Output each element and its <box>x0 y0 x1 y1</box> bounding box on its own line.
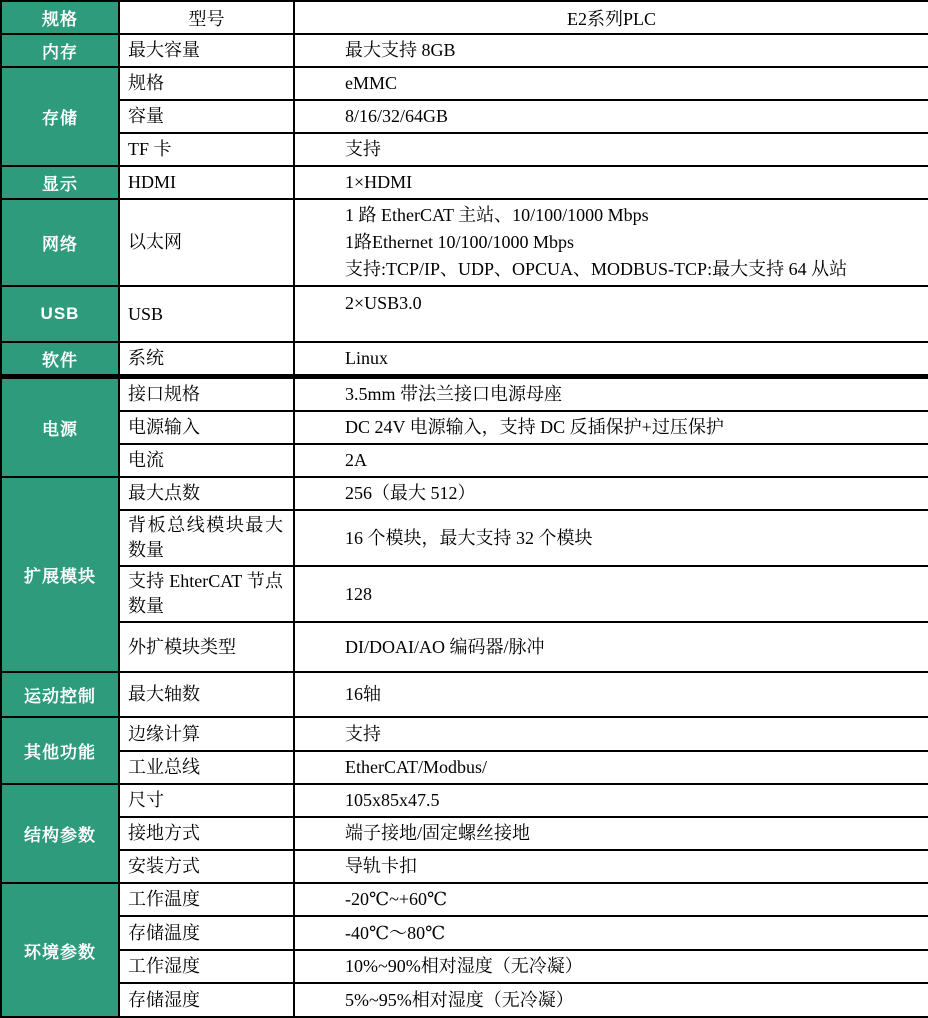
spec-row: 电流2A <box>1 444 928 477</box>
category-cell: 环境参数 <box>1 883 119 1017</box>
spec-row: 内存最大容量最大支持 8GB <box>1 34 928 67</box>
param-label-cell: 系统 <box>119 342 294 377</box>
param-label-cell: 以太网 <box>119 199 294 286</box>
spec-row: 存储温度-40℃～80℃ <box>1 916 928 950</box>
spec-row: 其他功能边缘计算支持 <box>1 717 928 751</box>
spec-row: 电源接口规格3.5mm 带法兰接口电源母座 <box>1 377 928 412</box>
spec-row: 电源输入DC 24V 电源输入，支持 DC 反插保护+过压保护 <box>1 411 928 444</box>
value-cell: 2×USB3.0 <box>294 286 928 342</box>
category-cell: 运动控制 <box>1 672 119 717</box>
value-cell: 3.5mm 带法兰接口电源母座 <box>294 377 928 412</box>
param-label-cell: 工作温度 <box>119 883 294 916</box>
value-cell: 128 <box>294 566 928 622</box>
category-cell: 电源 <box>1 377 119 478</box>
spec-row: 运动控制最大轴数16轴 <box>1 672 928 717</box>
value-line: 16轴 <box>345 681 924 708</box>
param-label-cell: 电源输入 <box>119 411 294 444</box>
value-line: 16 个模块，最大支持 32 个模块 <box>345 525 924 552</box>
param-label-cell: 规格 <box>119 67 294 100</box>
spec-row: 外扩模块类型DI/DOAI/AO 编码器/脉冲 <box>1 622 928 672</box>
value-cell: 1 路 EtherCAT 主站、10/100/1000 Mbps1路Ethern… <box>294 199 928 286</box>
value-line: 3.5mm 带法兰接口电源母座 <box>345 381 924 408</box>
category-cell: 显示 <box>1 166 119 199</box>
value-line: eMMC <box>345 70 924 97</box>
param-label-cell: 存储温度 <box>119 916 294 950</box>
value-line: 2A <box>345 447 924 474</box>
spec-row: 存储湿度5%~95%相对湿度（无冷凝） <box>1 983 928 1017</box>
param-label-cell: HDMI <box>119 166 294 199</box>
value-cell: 16轴 <box>294 672 928 717</box>
spec-row: 显示HDMI1×HDMI <box>1 166 928 199</box>
value-cell: eMMC <box>294 67 928 100</box>
param-label-cell: TF 卡 <box>119 133 294 166</box>
value-line: 10%~90%相对湿度（无冷凝） <box>345 953 924 980</box>
value-line: EtherCAT/Modbus/ <box>345 754 924 781</box>
param-label-cell: 接口规格 <box>119 377 294 412</box>
value-cell: 5%~95%相对湿度（无冷凝） <box>294 983 928 1017</box>
category-cell: USB <box>1 286 119 342</box>
value-line: -40℃～80℃ <box>345 920 924 947</box>
value-line: 2×USB3.0 <box>345 290 924 317</box>
value-cell: -40℃～80℃ <box>294 916 928 950</box>
category-cell: 存储 <box>1 67 119 166</box>
param-label-cell: 接地方式 <box>119 817 294 850</box>
spec-row: 存储规格eMMC <box>1 67 928 100</box>
param-label-cell: 容量 <box>119 100 294 133</box>
value-cell: 10%~90%相对湿度（无冷凝） <box>294 950 928 983</box>
value-line: 端子接地/固定螺丝接地 <box>345 820 924 847</box>
param-label-cell: 存储湿度 <box>119 983 294 1017</box>
spec-row: 工作湿度10%~90%相对湿度（无冷凝） <box>1 950 928 983</box>
spec-row: 工业总线EtherCAT/Modbus/ <box>1 751 928 784</box>
spec-row: 支持 EhterCAT 节点数量128 <box>1 566 928 622</box>
param-label-cell: 最大点数 <box>119 477 294 510</box>
value-cell: EtherCAT/Modbus/ <box>294 751 928 784</box>
value-cell: Linux <box>294 342 928 377</box>
value-line: 105x85x47.5 <box>345 787 924 814</box>
spec-row: 安装方式导轨卡扣 <box>1 850 928 883</box>
param-label-cell: 最大轴数 <box>119 672 294 717</box>
spec-table: 规格 型号 E2系列PLC 内存最大容量最大支持 8GB存储规格eMMC容量8/… <box>0 0 928 1018</box>
category-cell: 其他功能 <box>1 717 119 784</box>
spec-row: 软件系统Linux <box>1 342 928 377</box>
value-cell: 端子接地/固定螺丝接地 <box>294 817 928 850</box>
param-label-cell: 边缘计算 <box>119 717 294 751</box>
value-cell: 8/16/32/64GB <box>294 100 928 133</box>
param-label-cell: 最大容量 <box>119 34 294 67</box>
header-param-cell: 型号 <box>119 1 294 34</box>
header-category-cell: 规格 <box>1 1 119 34</box>
spec-row: TF 卡支持 <box>1 133 928 166</box>
value-cell: 导轨卡扣 <box>294 850 928 883</box>
value-cell: DI/DOAI/AO 编码器/脉冲 <box>294 622 928 672</box>
spec-row: USBUSB2×USB3.0 <box>1 286 928 342</box>
value-line: 导轨卡扣 <box>345 853 924 880</box>
spec-row: 网络以太网1 路 EtherCAT 主站、10/100/1000 Mbps1路E… <box>1 199 928 286</box>
value-line: 128 <box>345 581 924 608</box>
value-line: 支持 <box>345 136 924 163</box>
param-label-cell: USB <box>119 286 294 342</box>
spec-row: 扩展模块最大点数256（最大 512） <box>1 477 928 510</box>
value-cell: 256（最大 512） <box>294 477 928 510</box>
value-cell: 2A <box>294 444 928 477</box>
param-label-cell: 工作湿度 <box>119 950 294 983</box>
header-value-cell: E2系列PLC <box>294 1 928 34</box>
value-line: 最大支持 8GB <box>345 37 924 64</box>
value-line: 1×HDMI <box>345 169 924 196</box>
value-line: DC 24V 电源输入，支持 DC 反插保护+过压保护 <box>345 414 924 441</box>
value-line: 1 路 EtherCAT 主站、10/100/1000 Mbps <box>345 202 924 229</box>
param-label-cell: 支持 EhterCAT 节点数量 <box>119 566 294 622</box>
param-label-cell: 尺寸 <box>119 784 294 817</box>
spec-row: 接地方式端子接地/固定螺丝接地 <box>1 817 928 850</box>
value-line: 5%~95%相对湿度（无冷凝） <box>345 987 924 1014</box>
category-cell: 网络 <box>1 199 119 286</box>
param-label-cell: 工业总线 <box>119 751 294 784</box>
value-cell: 1×HDMI <box>294 166 928 199</box>
param-label-cell: 电流 <box>119 444 294 477</box>
header-row: 规格 型号 E2系列PLC <box>1 1 928 34</box>
value-line: 8/16/32/64GB <box>345 103 924 130</box>
value-line: DI/DOAI/AO 编码器/脉冲 <box>345 634 924 661</box>
value-cell: DC 24V 电源输入，支持 DC 反插保护+过压保护 <box>294 411 928 444</box>
spec-row: 容量8/16/32/64GB <box>1 100 928 133</box>
category-cell: 扩展模块 <box>1 477 119 672</box>
value-cell: 最大支持 8GB <box>294 34 928 67</box>
value-line: 支持 <box>345 721 924 748</box>
spec-row: 背板总线模块最大数量16 个模块，最大支持 32 个模块 <box>1 510 928 566</box>
value-cell: 支持 <box>294 717 928 751</box>
value-line: -20℃~+60℃ <box>345 886 924 913</box>
category-cell: 软件 <box>1 342 119 377</box>
value-cell: 支持 <box>294 133 928 166</box>
param-label-cell: 安装方式 <box>119 850 294 883</box>
spec-row: 结构参数尺寸105x85x47.5 <box>1 784 928 817</box>
value-line: 256（最大 512） <box>345 480 924 507</box>
category-cell: 结构参数 <box>1 784 119 883</box>
value-cell: 105x85x47.5 <box>294 784 928 817</box>
value-line: Linux <box>345 345 924 372</box>
value-line: 1路Ethernet 10/100/1000 Mbps <box>345 229 924 256</box>
param-label-cell: 外扩模块类型 <box>119 622 294 672</box>
spec-table-body: 内存最大容量最大支持 8GB存储规格eMMC容量8/16/32/64GBTF 卡… <box>1 34 928 1017</box>
param-label-cell: 背板总线模块最大数量 <box>119 510 294 566</box>
value-cell: 16 个模块，最大支持 32 个模块 <box>294 510 928 566</box>
value-line: 支持:TCP/IP、UDP、OPCUA、MODBUS-TCP:最大支持 64 从… <box>345 256 924 283</box>
spec-row: 环境参数工作温度-20℃~+60℃ <box>1 883 928 916</box>
category-cell: 内存 <box>1 34 119 67</box>
value-cell: -20℃~+60℃ <box>294 883 928 916</box>
